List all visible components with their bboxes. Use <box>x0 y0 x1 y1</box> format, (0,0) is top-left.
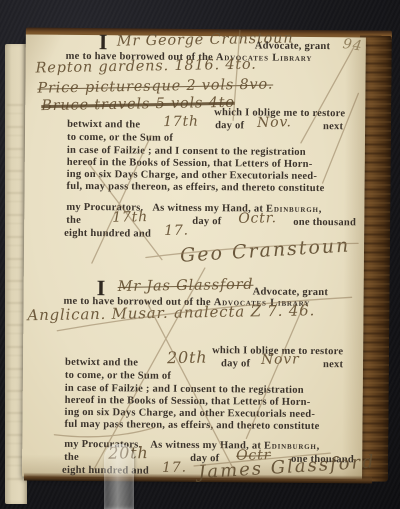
printed-effeirs-2: ful may pass thereon, as effeirs, and th… <box>64 419 319 433</box>
book-title-2: Price picturesque 2 vols 8vo. <box>37 78 273 96</box>
due-month: Nov. <box>257 115 292 130</box>
sign-year-2: 17. <box>162 461 187 475</box>
photo-of-register-page: { "page_number": "94", "form": { "drop_c… <box>0 0 400 509</box>
printed-the: the <box>66 215 81 227</box>
printed-next: next <box>323 121 343 133</box>
printed-day-of-2: day of <box>192 216 221 228</box>
sign-month: Octr. <box>238 211 277 226</box>
due-day: 17th <box>163 115 199 130</box>
printed-betwixt-2: betwixt and the <box>65 357 138 370</box>
book-title-3: Bruce travels 5 vols 4to <box>41 96 235 113</box>
printed-one-thousand: one thousand <box>293 217 356 230</box>
printed-advocate-grant: Advocate, grant <box>255 40 331 53</box>
printed-to-come: to come, or the Sum of <box>67 132 173 145</box>
book-title-1: Repton gardens. 1816. 4to. <box>35 58 256 76</box>
loan-entry-cranstoun: I Mr George Cranstoun Advocate, grant me… <box>2 0 400 2</box>
printed-day-of-3: day of <box>221 358 250 370</box>
printed-betwixt: betwixt and the <box>67 119 140 132</box>
due-day-2: 20th <box>167 351 208 366</box>
drop-cap-i: I <box>99 32 108 52</box>
printed-effeirs: ful, may pass thereon, as effeirs, and t… <box>66 181 324 195</box>
due-month-2: Novr <box>261 352 300 367</box>
printed-day-of: day of <box>215 120 244 132</box>
borrower-name-2: Mr Jas Glassford <box>118 278 254 294</box>
book-title-4: Anglican. Musar. analecta Z 7. 46. <box>27 303 315 322</box>
sign-day: 17th <box>112 210 148 225</box>
sign-year: 17. <box>164 224 189 238</box>
printed-next-2: next <box>323 359 343 371</box>
loan-entry-glassford: I Mr Jas Glassford Advocate, grant me to… <box>2 0 400 2</box>
folio-number: 94 <box>342 36 364 55</box>
printed-the-2: the <box>64 452 79 464</box>
edinburgh-smallcaps-2: Edinburgh, <box>264 441 320 452</box>
register-page-stack: 94 I Mr George Cranstoun Advocate, grant… <box>0 0 400 509</box>
page-strap <box>104 444 134 509</box>
printed-eight-hundred: eight hundred and <box>64 228 151 241</box>
printed-to-come-2: to come, or the Sum of <box>65 370 171 383</box>
